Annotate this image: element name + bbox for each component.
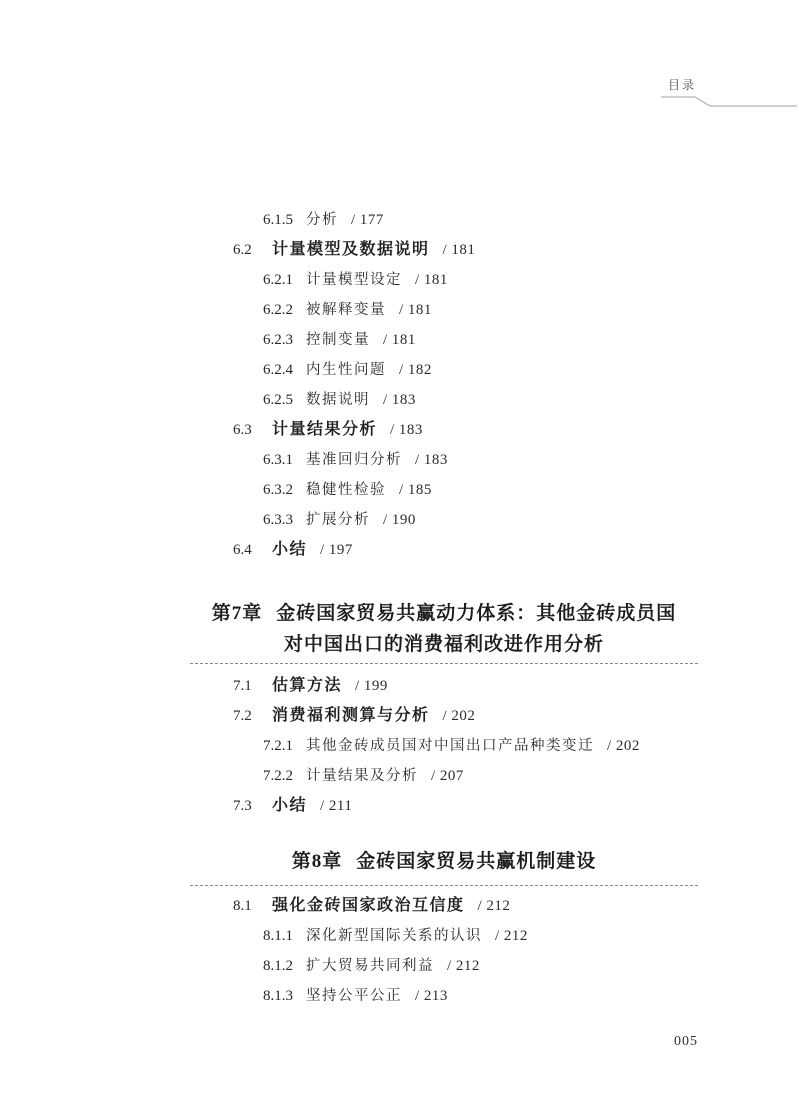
toc-entry: 7.3小结/ 211 [190, 791, 698, 821]
toc-entry-page: / 181 [399, 302, 432, 318]
toc-entry-title: 小结 [272, 797, 307, 814]
toc-entry-number: 6.3.2 [263, 482, 293, 498]
toc-entry-title: 扩展分析 [306, 512, 370, 528]
toc-entry-title: 数据说明 [306, 392, 370, 408]
chapter-7-title-line1: 金砖国家贸易共赢动力体系：其他金砖成员国 [276, 603, 676, 624]
toc-entry: 6.3.1基准回归分析/ 183 [190, 445, 698, 475]
toc-entry: 7.2消费福利测算与分析/ 202 [190, 701, 698, 731]
toc-entry: 6.4小结/ 197 [190, 535, 698, 565]
toc-entry-title: 深化新型国际关系的认识 [306, 928, 482, 944]
toc-entry-page: / 207 [431, 768, 464, 784]
header-rule-line [658, 92, 798, 110]
toc-entry-number: 7.1 [233, 671, 272, 701]
toc-entry-number: 7.2 [233, 701, 272, 731]
toc-entry-number: 6.3.3 [263, 512, 293, 528]
toc-entry-title: 计量模型设定 [306, 272, 402, 288]
toc-entry-title: 小结 [272, 541, 307, 558]
toc-entry-number: 6.2.4 [263, 362, 293, 378]
chapter-8-label: 第8章 [292, 851, 343, 872]
toc-entry: 6.2.5数据说明/ 183 [190, 385, 698, 415]
toc-entry-title: 控制变量 [306, 332, 370, 348]
toc-entry-title: 基准回归分析 [306, 452, 402, 468]
toc-entry: 7.2.2计量结果及分析/ 207 [190, 761, 698, 791]
toc-entry-page: / 212 [447, 958, 480, 974]
toc-entry-number: 6.2.2 [263, 302, 293, 318]
toc-entry-page: / 211 [320, 798, 352, 814]
toc-entry-number: 6.2.1 [263, 272, 293, 288]
toc-entry-number: 6.4 [233, 535, 272, 565]
toc-entry: 8.1.1深化新型国际关系的认识/ 212 [190, 921, 698, 951]
chapter-7-divider [190, 663, 698, 664]
toc-entry: 6.2计量模型及数据说明/ 181 [190, 235, 698, 265]
chapter-7-label: 第7章 [212, 603, 263, 624]
chapter-8-heading: 第8章金砖国家贸易共赢机制建设 [190, 846, 698, 877]
toc-entry-number: 8.1.1 [263, 928, 293, 944]
toc-entry-title: 分析 [306, 212, 338, 228]
toc-entry-page: / 199 [355, 678, 388, 694]
toc-entry: 6.2.2被解释变量/ 181 [190, 295, 698, 325]
toc-entry-number: 8.1.2 [263, 958, 293, 974]
toc-entry-title: 计量结果及分析 [306, 768, 418, 784]
toc-entry-page: / 202 [607, 738, 640, 754]
toc-entry: 6.2.1计量模型设定/ 181 [190, 265, 698, 295]
toc-entry-page: / 212 [495, 928, 528, 944]
toc-entry-number: 6.1.5 [263, 212, 293, 228]
toc-entry-page: / 181 [415, 272, 448, 288]
toc-entry-number: 8.1.3 [263, 988, 293, 1004]
toc-entry-title: 稳健性检验 [306, 482, 386, 498]
toc-entry: 7.2.1其他金砖成员国对中国出口产品种类变迁/ 202 [190, 731, 698, 761]
toc-entry: 6.1.5分析/ 177 [190, 205, 698, 235]
toc-entry: 6.3.2稳健性检验/ 185 [190, 475, 698, 505]
toc-entry: 8.1.3坚持公平公正/ 213 [190, 981, 698, 1011]
toc-entry-page: / 212 [478, 898, 511, 914]
toc-entry-title: 强化金砖国家政治互信度 [272, 897, 465, 914]
toc-entry-number: 8.1 [233, 891, 272, 921]
toc-entry-page: / 183 [415, 452, 448, 468]
toc-entry-page: / 183 [383, 392, 416, 408]
toc-entry-title: 扩大贸易共同利益 [306, 958, 434, 974]
toc-entry-page: / 183 [390, 422, 423, 438]
toc-entry-title: 计量结果分析 [272, 421, 377, 438]
toc-entry-number: 7.2.2 [263, 768, 293, 784]
toc-entry-title: 内生性问题 [306, 362, 386, 378]
toc-entry-page: / 190 [383, 512, 416, 528]
toc-entry-number: 6.2.3 [263, 332, 293, 348]
toc-entry-title: 被解释变量 [306, 302, 386, 318]
toc-entry-number: 6.3.1 [263, 452, 293, 468]
chapter-7-heading: 第7章金砖国家贸易共赢动力体系：其他金砖成员国 对中国出口的消费福利改进作用分析 [190, 598, 698, 660]
toc-entry-page: / 181 [383, 332, 416, 348]
toc-entry-number: 7.2.1 [263, 738, 293, 754]
toc-entry: 8.1.2扩大贸易共同利益/ 212 [190, 951, 698, 981]
toc-entry-page: / 185 [399, 482, 432, 498]
toc-content: 6.1.5分析/ 177 6.2计量模型及数据说明/ 181 6.2.1计量模型… [190, 205, 698, 1011]
chapter-7-title-line2: 对中国出口的消费福利改进作用分析 [190, 629, 698, 660]
toc-entry: 6.2.3控制变量/ 181 [190, 325, 698, 355]
chapter-8-divider [190, 885, 698, 886]
toc-entry-page: / 213 [415, 988, 448, 1004]
toc-entry-page: / 202 [443, 708, 476, 724]
toc-entry: 7.1估算方法/ 199 [190, 671, 698, 701]
toc-entry: 6.2.4内生性问题/ 182 [190, 355, 698, 385]
toc-entry: 8.1强化金砖国家政治互信度/ 212 [190, 891, 698, 921]
toc-entry-page: / 197 [320, 542, 353, 558]
toc-entry-title: 坚持公平公正 [306, 988, 402, 1004]
toc-entry-page: / 177 [351, 212, 384, 228]
toc-entry: 6.3.3扩展分析/ 190 [190, 505, 698, 535]
running-header-title: 目录 [668, 76, 696, 93]
toc-entry-number: 6.2.5 [263, 392, 293, 408]
toc-page: 目录 6.1.5分析/ 177 6.2计量模型及数据说明/ 181 6.2.1计… [0, 0, 799, 1118]
toc-entry-number: 6.3 [233, 415, 272, 445]
toc-entry-page: / 181 [443, 242, 476, 258]
toc-entry-number: 6.2 [233, 235, 272, 265]
toc-entry-title: 其他金砖成员国对中国出口产品种类变迁 [306, 738, 594, 754]
toc-entry-page: / 182 [399, 362, 432, 378]
chapter-7-heading-line1: 第7章金砖国家贸易共赢动力体系：其他金砖成员国 [190, 598, 698, 629]
toc-entry-title: 估算方法 [272, 677, 342, 694]
toc-entry-number: 7.3 [233, 791, 272, 821]
page-number: 005 [674, 1034, 698, 1050]
toc-entry-title: 计量模型及数据说明 [272, 241, 430, 258]
toc-entry: 6.3计量结果分析/ 183 [190, 415, 698, 445]
toc-entry-title: 消费福利测算与分析 [272, 707, 430, 724]
chapter-8-title: 金砖国家贸易共赢机制建设 [356, 851, 596, 872]
